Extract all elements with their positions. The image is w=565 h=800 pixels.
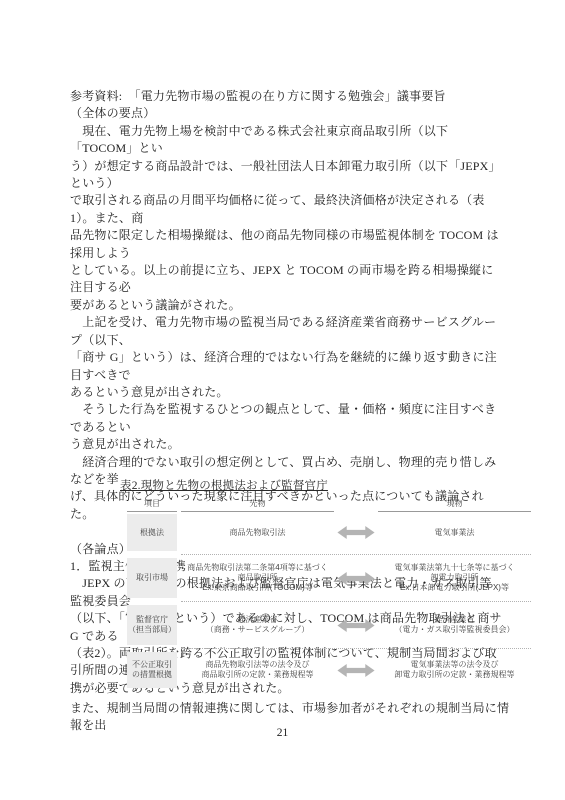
row-item-cell: 取引市場: [127, 558, 177, 598]
double-arrow-icon: [334, 619, 378, 632]
header-spot: 現物: [378, 497, 531, 512]
document-title: 参考資料: 「電力先物市場の監視の在り方に関する勉強会」議事要旨: [70, 88, 502, 105]
table-row-fukosei-torihiki: 不公正取引 の措置根拠 商品先物取引法等の法令及び 商品取引所の定款・業務規程等…: [127, 652, 531, 688]
table2: 項目 先物 現物 根拠法 商品先物取引法 電気事業法 取引市場 商品先物取引法第…: [127, 497, 531, 688]
row-separator: [181, 601, 531, 602]
row-futures-cell: 商品先物取引法等の法令及び 商品取引所の定款・業務規程等: [181, 660, 334, 680]
row-futures-cell: 商品先物取引法第二条第4項等に基づく 商品取引所 Ex:東京商品取引所(TOCO…: [181, 563, 334, 593]
row-spot-cell: 経済産業省 （電力・ガス取引等監視委員会）: [378, 615, 531, 635]
page-number: 21: [0, 727, 565, 739]
row-spot-cell: 電気事業法: [378, 528, 531, 538]
header-item: 項目: [127, 497, 177, 512]
table-header-row: 項目 先物 現物: [127, 497, 531, 512]
row-futures-cell: 商品先物取引法: [181, 528, 334, 538]
row-separator: [181, 554, 531, 555]
table-row-kantoku-kancho: 監督官庁 （担当部局） 経済産業省 （商務・サービスグループ） 経済産業省 （電…: [127, 605, 531, 645]
row-spot-cell: 電気事業法等の法令及び 卸電力取引所の定款・業務規程等: [378, 660, 531, 680]
row-item-cell: 監督官庁 （担当部局）: [127, 605, 177, 645]
table-row-torihiki-shijo: 取引市場 商品先物取引法第二条第4項等に基づく 商品取引所 Ex:東京商品取引所…: [127, 558, 531, 598]
double-arrow-icon: [334, 572, 378, 585]
header-futures: 先物: [181, 497, 334, 512]
row-separator: [181, 648, 531, 649]
row-futures-cell: 経済産業省 （商務・サービスグループ）: [181, 615, 334, 635]
row-item-cell: 不公正取引 の措置根拠: [127, 652, 177, 688]
table-row-kyokyoho: 根拠法 商品先物取引法 電気事業法: [127, 514, 531, 551]
document-page: 参考資料: 「電力先物市場の監視の在り方に関する勉強会」議事要旨 （全体の要点）…: [0, 0, 565, 800]
double-arrow-icon: [334, 526, 378, 539]
overview-heading: （全体の要点）: [70, 105, 502, 122]
row-item-cell: 根拠法: [127, 514, 177, 551]
overview-paragraphs: 現在、電力先物上場を検討中である株式会社東京商品取引所（以下「TOCOM」とい …: [70, 123, 502, 523]
double-arrow-icon: [334, 664, 378, 677]
table2-title: 表2.現物と先物の根拠法および監督官庁: [120, 477, 328, 493]
row-spot-cell: 電気事業法第九十七条等に基づく 卸電力取引所 Ex:日本卸電力取引所(JEPX)…: [378, 563, 531, 593]
